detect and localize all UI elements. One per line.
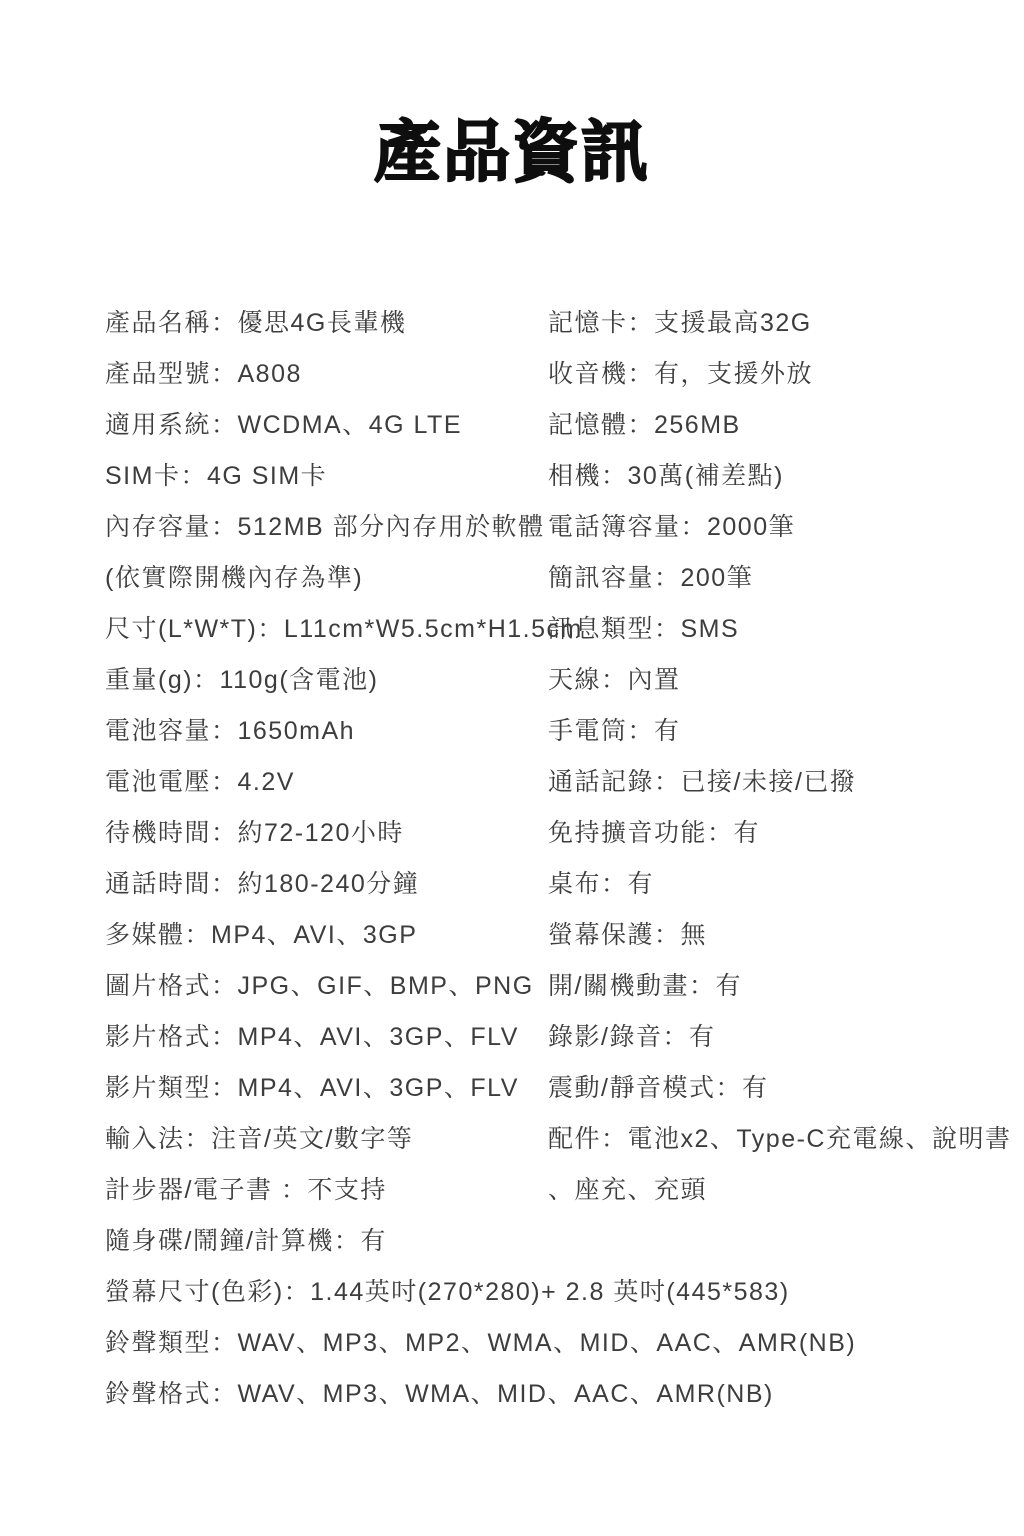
product-info-page: 產品資訊 產品名稱：優思4G長輩機 產品型號：A808 適用系統：WCDMA、4… xyxy=(0,0,1024,1536)
spec-row-boot-animation: 開/關機動畫：有 xyxy=(548,961,1018,1012)
spec-row-vibration-silent: 震動/靜音模式：有 xyxy=(548,1063,1018,1114)
spec-row-memory-card: 記憶卡：支援最高32G xyxy=(548,298,1018,349)
spec-row-dimensions: 尺寸(L*W*T)：L11cm*W5.5cm*H1.5cm xyxy=(105,604,545,655)
spec-row-image-formats: 圖片格式：JPG、GIF、BMP、PNG xyxy=(105,961,545,1012)
spec-row-call-log: 通話記錄：已接/未接/已撥 xyxy=(548,757,1018,808)
spec-row-battery-capacity: 電池容量：1650mAh xyxy=(105,706,545,757)
spec-row-phonebook: 電話簿容量：2000筆 xyxy=(548,502,1018,553)
spec-row-message-type: 訊息類型：SMS xyxy=(548,604,1018,655)
spec-row-radio: 收音機：有，支援外放 xyxy=(548,349,1018,400)
spec-row-accessories: 配件：電池x2、Type-C充電線、說明書 xyxy=(548,1114,1018,1165)
spec-row-screen-size: 螢幕尺寸(色彩)：1.44英吋(270*280)+ 2.8 英吋(445*583… xyxy=(105,1267,965,1318)
spec-row-usb-alarm-calc: 隨身碟/鬧鐘/計算機：有 xyxy=(105,1216,545,1267)
spec-row-handsfree: 免持擴音功能：有 xyxy=(548,808,1018,859)
spec-row-screensaver: 螢幕保護：無 xyxy=(548,910,1018,961)
spec-row-weight: 重量(g)：110g(含電池) xyxy=(105,655,545,706)
spec-row-input-methods: 輸入法：注音/英文/數字等 xyxy=(105,1114,545,1165)
spec-row-standby-time: 待機時間：約72-120小時 xyxy=(105,808,545,859)
spec-row-wallpaper: 桌布：有 xyxy=(548,859,1018,910)
spec-row-multimedia: 多媒體：MP4、AVI、3GP xyxy=(105,910,545,961)
spec-column-right: 記憶卡：支援最高32G 收音機：有，支援外放 記憶體：256MB 相機：30萬(… xyxy=(548,298,1018,1216)
spec-rows-bottom: 螢幕尺寸(色彩)：1.44英吋(270*280)+ 2.8 英吋(445*583… xyxy=(105,1267,965,1420)
spec-row-ringtone-types: 鈴聲類型：WAV、MP3、MP2、WMA、MID、AAC、AMR(NB) xyxy=(105,1318,965,1369)
spec-row-accessories-wrap: 、座充、充頭 xyxy=(548,1165,1018,1216)
spec-row-recording: 錄影/錄音：有 xyxy=(548,1012,1018,1063)
spec-row-video-types: 影片類型：MP4、AVI、3GP、FLV xyxy=(105,1063,545,1114)
spec-row-product-name: 產品名稱：優思4G長輩機 xyxy=(105,298,545,349)
spec-row-talk-time: 通話時間：約180-240分鐘 xyxy=(105,859,545,910)
spec-row-ringtone-formats: 鈴聲格式：WAV、MP3、WMA、MID、AAC、AMR(NB) xyxy=(105,1369,965,1420)
spec-column-left: 產品名稱：優思4G長輩機 產品型號：A808 適用系統：WCDMA、4G LTE… xyxy=(105,298,545,1267)
page-title: 產品資訊 xyxy=(0,116,1024,190)
spec-row-storage-note: (依實際開機內存為準) xyxy=(105,553,545,604)
spec-row-video-formats: 影片格式：MP4、AVI、3GP、FLV xyxy=(105,1012,545,1063)
spec-row-sms-capacity: 簡訊容量：200筆 xyxy=(548,553,1018,604)
spec-row-flashlight: 手電筒：有 xyxy=(548,706,1018,757)
spec-row-ram: 記憶體：256MB xyxy=(548,400,1018,451)
spec-row-battery-voltage: 電池電壓：4.2V xyxy=(105,757,545,808)
spec-row-pedometer-ebook: 計步器/電子書 ：不支持 xyxy=(105,1165,545,1216)
spec-row-storage: 內存容量：512MB 部分內存用於軟體 xyxy=(105,502,545,553)
spec-row-sim: SIM卡：4G SIM卡 xyxy=(105,451,545,502)
spec-row-system: 適用系統：WCDMA、4G LTE xyxy=(105,400,545,451)
spec-row-model: 產品型號：A808 xyxy=(105,349,545,400)
spec-row-camera: 相機：30萬(補差點) xyxy=(548,451,1018,502)
spec-row-antenna: 天線：內置 xyxy=(548,655,1018,706)
